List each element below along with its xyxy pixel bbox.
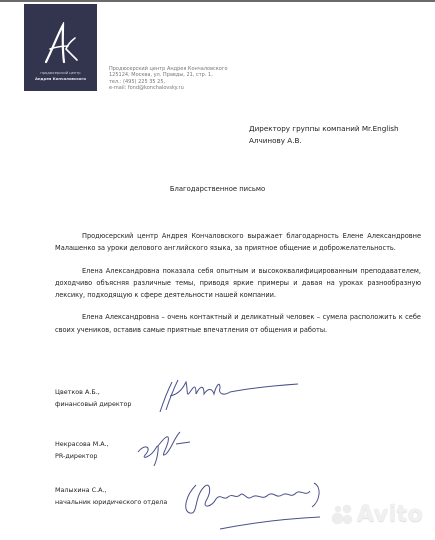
ak-monogram-icon	[42, 22, 80, 66]
letter-title: Благодарственное письмо	[0, 185, 435, 193]
paragraph: Продюсерский центр Андрея Кончаловского …	[55, 230, 421, 255]
signatory-2: Некрасова М.А., PR-директор	[55, 439, 109, 462]
recipient-line2: Алчинову А.В.	[249, 135, 399, 147]
avito-dots-icon	[332, 504, 354, 526]
letter-body: Продюсерский центр Андрея Кончаловского …	[55, 230, 421, 346]
signatory-1: Цветков А.Б., финансовый директор	[55, 387, 131, 410]
letterhead-contacts: Продюсерский центр Андрея Кончаловского …	[109, 66, 228, 91]
signature-3-icon	[180, 477, 330, 535]
scan-top-edge	[0, 0, 435, 2]
avito-watermark: Avito	[332, 502, 423, 527]
recipient-line1: Директору группы компаний Mr.English	[249, 123, 399, 135]
logo-caption-line1: продюсерский центр	[24, 71, 97, 75]
signature-2-icon	[130, 428, 210, 470]
contact-address: 125124, Москва, ул. Правды, 21, стр. 1,	[109, 72, 228, 78]
paragraph: Елена Александровна – очень контактный и…	[55, 311, 421, 336]
avito-watermark-text: Avito	[357, 502, 423, 527]
signatory-position: начальник юридического отдела	[55, 497, 167, 509]
signatory-name: Некрасова М.А.,	[55, 439, 109, 451]
recipient-block: Директору группы компаний Mr.English Алч…	[249, 123, 399, 146]
signatory-position: финансовый директор	[55, 399, 131, 411]
signature-1-icon	[150, 376, 300, 416]
logo-caption-line2: Андрея Кончаловского	[24, 76, 97, 81]
paragraph: Елена Александровна показала себя опытны…	[55, 265, 421, 302]
signatory-3: Малыхина С.А., начальник юридического от…	[55, 485, 167, 508]
contact-email: e-mail: fond@konchalovsky.ru	[109, 85, 228, 91]
signatory-name: Малыхина С.А.,	[55, 485, 167, 497]
signatory-name: Цветков А.Б.,	[55, 387, 131, 399]
signatory-position: PR-директор	[55, 451, 109, 463]
company-logo: продюсерский центр Андрея Кончаловского	[24, 4, 97, 91]
